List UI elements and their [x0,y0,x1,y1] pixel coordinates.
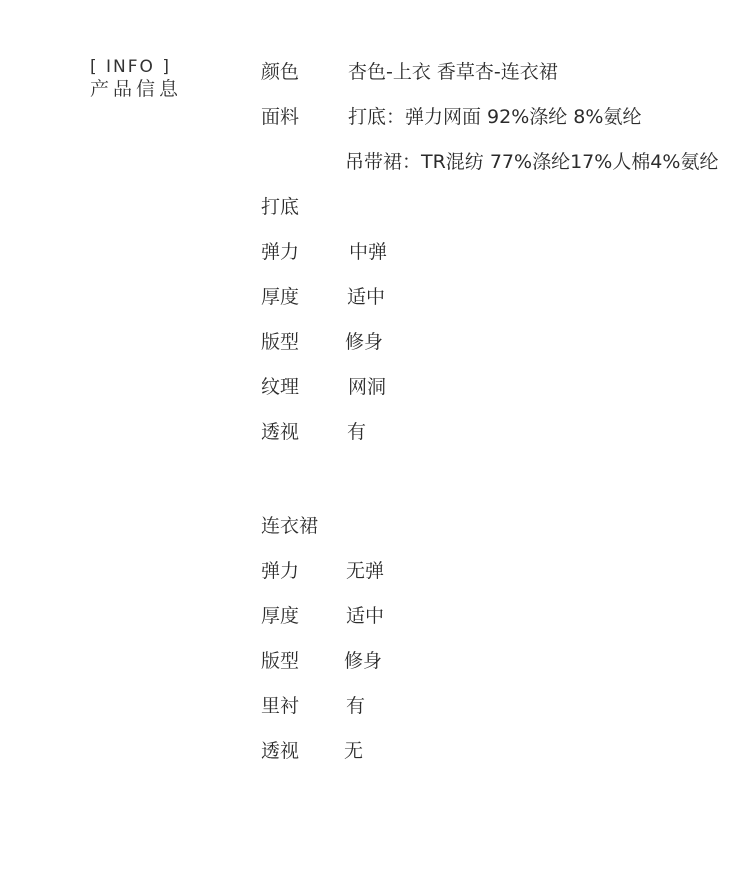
spec-value: 适中 [346,604,384,628]
spec-label: 面料 [261,105,299,129]
spec-value: 修身 [344,649,382,673]
spec-value: 吊带裙：TR混纺 77%涤纶17%人棉4%氨纶 [345,150,718,174]
spec-label: 版型 [261,330,299,354]
spec-label: 透视 [261,739,299,763]
spec-label: 纹理 [261,375,299,399]
spec-label: 弹力 [261,240,299,264]
spec-value: 杏色-上衣 香草杏-连衣裙 [348,60,558,84]
spec-value: 有 [347,420,366,444]
spec-label: 透视 [261,420,299,444]
spec-label: 厚度 [261,285,299,309]
spec-value: 网洞 [348,375,386,399]
spec-value: 适中 [347,285,385,309]
info-header: [ INFO ] 产品信息 [90,57,182,101]
spec-value: 无 [344,739,363,763]
spec-value: 打底：弹力网面 92%涤纶 8%氨纶 [348,105,641,129]
info-tag: [ INFO ] [90,57,182,77]
spec-value: 有 [346,694,365,718]
spec-label: 颜色 [261,60,299,84]
spec-label: 厚度 [261,604,299,628]
spec-value: 中弹 [349,240,387,264]
section-title-dress: 连衣裙 [261,514,318,538]
info-title: 产品信息 [90,77,182,101]
spec-value: 修身 [345,330,383,354]
spec-label: 版型 [261,649,299,673]
section-title-base-layer: 打底 [261,195,299,219]
spec-label: 里衬 [261,694,299,718]
spec-label: 弹力 [261,559,299,583]
spec-value: 无弹 [346,559,384,583]
